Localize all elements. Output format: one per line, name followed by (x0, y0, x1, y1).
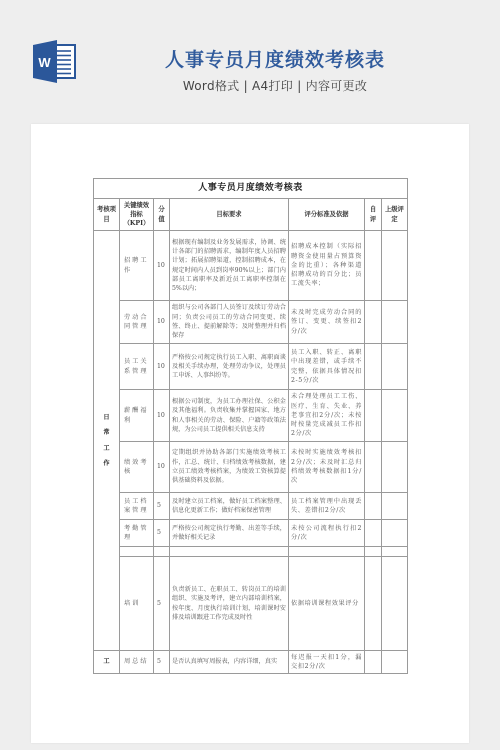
score-cell: 10 (154, 231, 170, 301)
score-cell: 10 (154, 390, 170, 442)
table-row: 培训 5 负责新员工、在职员工、转岗员工的培训组织、实施及考评，建立内部培训档案… (94, 557, 408, 651)
kpi-cell: 薪酬福利 (120, 390, 154, 442)
target-cell: 严格按公司规定执行员工入职、离职面谈及相关手续办理，处理劳动争议，处理员工申诉、… (170, 344, 289, 390)
col-header-target: 目标要求 (170, 199, 289, 231)
superior-eval-cell[interactable] (382, 493, 408, 520)
target-cell: 定期组织并协助各部门实施绩效考核工作，汇总、统计、归档绩效考核数据，建立员工绩效… (170, 442, 289, 493)
self-eval-cell[interactable] (365, 651, 382, 674)
table-row: 劳动合同管理 10 组织与公司各部门人员签订及续订劳动合同；负责公司员工的劳动合… (94, 301, 408, 344)
col-header-self-eval: 自评 (365, 199, 382, 231)
category-char: 工 (96, 444, 117, 453)
score-cell: 10 (154, 442, 170, 493)
col-header-kpi: 关键绩效指标（KPI） (120, 199, 154, 231)
self-eval-cell[interactable] (365, 520, 382, 547)
col-header-score: 分值 (154, 199, 170, 231)
target-cell: 是否认真填写周报表，内容详细，真实 (170, 651, 289, 674)
table-row: 绩效考核 10 定期组织并协助各部门实施绩效考核工作，汇总、统计、归档绩效考核数… (94, 442, 408, 493)
criteria-cell: 未按时实施绩效考核扣2分/次；未及时汇总归档绩效考核数据扣1分/次 (289, 442, 365, 493)
kpi-cell: 培训 (120, 557, 154, 651)
kpi-cell: 绩效考核 (120, 442, 154, 493)
target-cell: 根据现有编制及业务发展需求，协调、统计各部门的招聘需求，编制年度人员招聘计划；拓… (170, 231, 289, 301)
score-cell: 10 (154, 301, 170, 344)
score-cell: 5 (154, 557, 170, 651)
criteria-cell: 招聘成本控制（实际招聘资金使用量占预算资金的比重）；各种渠道招聘成功的百分比；员… (289, 231, 365, 301)
col-header-criteria: 评分标准及依据 (289, 199, 365, 231)
table-row: 员工档案管理 5 及时建立员工档案，做好员工档案整理、信息化更新工作；做好档案保… (94, 493, 408, 520)
table-row: 考勤管理 5 严格按公司规定执行考勤、出差等手续，并做好相关记录 未按公司流程执… (94, 520, 408, 547)
performance-table: 人事专员月度绩效考核表 考核项目 关键绩效指标（KPI） 分值 目标要求 评分标… (93, 178, 408, 674)
superior-eval-cell[interactable] (382, 231, 408, 301)
target-cell: 严格按公司规定执行考勤、出差等手续，并做好相关记录 (170, 520, 289, 547)
target-cell (170, 547, 289, 557)
header-title: 人事专员月度绩效考核表 (160, 45, 390, 72)
superior-eval-cell[interactable] (382, 557, 408, 651)
category-char: 日 (96, 413, 117, 422)
target-cell: 负责新员工、在职员工、转岗员工的培训组织、实施及考评，建立内部培训档案，按年度、… (170, 557, 289, 651)
superior-eval-cell[interactable] (382, 547, 408, 557)
criteria-cell: 未按公司流程执行扣2分/次 (289, 520, 365, 547)
target-cell: 组织与公司各部门人员签订及续订劳动合同；负责公司员工的劳动合同变更、续签、终止、… (170, 301, 289, 344)
superior-eval-cell[interactable] (382, 520, 408, 547)
kpi-cell: 员工关系管理 (120, 344, 154, 390)
kpi-cell: 劳动合同管理 (120, 301, 154, 344)
kpi-cell (120, 547, 154, 557)
superior-eval-cell[interactable] (382, 390, 408, 442)
self-eval-cell[interactable] (365, 442, 382, 493)
self-eval-cell[interactable] (365, 344, 382, 390)
score-cell: 5 (154, 493, 170, 520)
criteria-cell: 员工入职、转正、离职中出现差错，或手续不完整，依据具体情况扣2-5分/次 (289, 344, 365, 390)
self-eval-cell[interactable] (365, 301, 382, 344)
svg-text:W: W (38, 55, 51, 70)
category-char: 常 (96, 428, 117, 437)
criteria-cell: 未合理处理员工工伤、医疗、生育、失业、养老事宜扣2分/次；未按时按量完成减员工作… (289, 390, 365, 442)
category-daily-work: 日 常 工 作 (94, 231, 120, 651)
score-cell (154, 547, 170, 557)
score-cell: 10 (154, 344, 170, 390)
table-row: 工 周总结 5 是否认真填写周报表，内容详细，真实 每迟报一天扣1分，漏交扣2分… (94, 651, 408, 674)
table-title-row: 人事专员月度绩效考核表 (94, 179, 408, 199)
criteria-cell: 每迟报一天扣1分，漏交扣2分/次 (289, 651, 365, 674)
category-cell: 工 (94, 651, 120, 674)
header-subtitle: Word格式 | A4打印 | 内容可更改 (160, 77, 390, 94)
superior-eval-cell[interactable] (382, 344, 408, 390)
col-header-category: 考核项目 (94, 199, 120, 231)
target-cell: 根据公司制度，为员工办理社保、公积金及其他福利。负责收集并掌握国家、地方和人事相… (170, 390, 289, 442)
table-row: 薪酬福利 10 根据公司制度，为员工办理社保、公积金及其他福利。负责收集并掌握国… (94, 390, 408, 442)
table-row: 日 常 工 作 招聘工作 10 根据现有编制及业务发展需求，协调、统计各部门的招… (94, 231, 408, 301)
table-header-row: 考核项目 关键绩效指标（KPI） 分值 目标要求 评分标准及依据 自评 上级评定 (94, 199, 408, 231)
self-eval-cell[interactable] (365, 231, 382, 301)
score-cell: 5 (154, 520, 170, 547)
kpi-cell: 招聘工作 (120, 231, 154, 301)
criteria-cell (289, 547, 365, 557)
target-cell: 及时建立员工档案，做好员工档案整理、信息化更新工作；做好档案保密管理 (170, 493, 289, 520)
category-char: 作 (96, 459, 117, 468)
table-row: 员工关系管理 10 严格按公司规定执行员工入职、离职面谈及相关手续办理，处理劳动… (94, 344, 408, 390)
score-cell: 5 (154, 651, 170, 674)
criteria-cell: 依据培训课程效果评分 (289, 557, 365, 651)
self-eval-cell[interactable] (365, 557, 382, 651)
self-eval-cell[interactable] (365, 390, 382, 442)
self-eval-cell[interactable] (365, 547, 382, 557)
superior-eval-cell[interactable] (382, 651, 408, 674)
criteria-cell: 员工档案管理中出现丢失、差错扣2分/次 (289, 493, 365, 520)
table-title: 人事专员月度绩效考核表 (94, 179, 408, 199)
criteria-cell: 未及时完成劳动合同的签订、变更、续签扣2分/次 (289, 301, 365, 344)
superior-eval-cell[interactable] (382, 442, 408, 493)
kpi-cell: 周总结 (120, 651, 154, 674)
kpi-cell: 员工档案管理 (120, 493, 154, 520)
document-page: 人事专员月度绩效考核表 考核项目 关键绩效指标（KPI） 分值 目标要求 评分标… (31, 124, 469, 743)
table-row-empty (94, 547, 408, 557)
kpi-cell: 考勤管理 (120, 520, 154, 547)
preview-header: W 人事专员月度绩效考核表 Word格式 | A4打印 | 内容可更改 (0, 0, 500, 120)
superior-eval-cell[interactable] (382, 301, 408, 344)
self-eval-cell[interactable] (365, 493, 382, 520)
col-header-superior-eval: 上级评定 (382, 199, 408, 231)
word-icon: W (31, 40, 77, 83)
